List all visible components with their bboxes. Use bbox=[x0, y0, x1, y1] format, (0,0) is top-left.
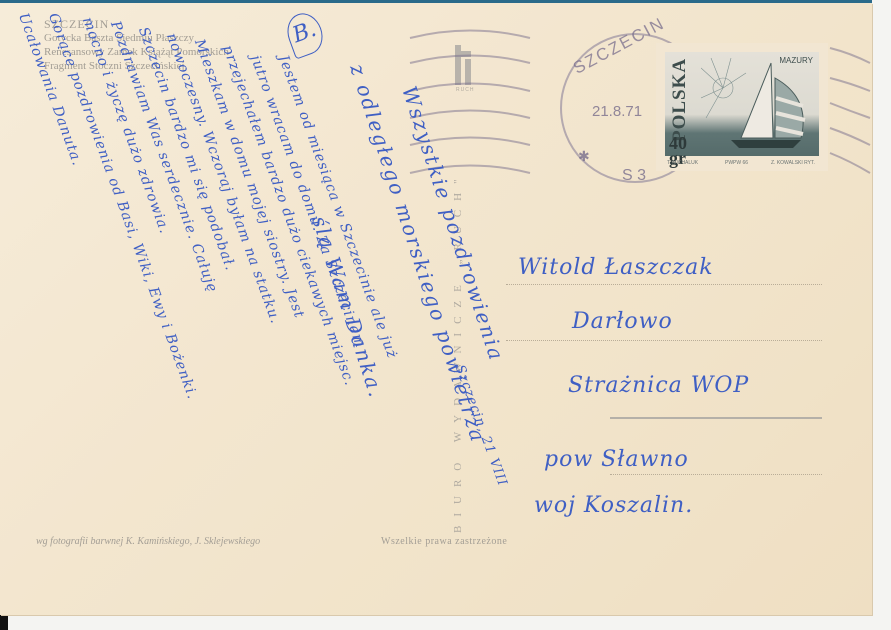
stamp-credit: T. MICHALUK bbox=[667, 160, 698, 166]
address-line bbox=[610, 417, 822, 419]
photo-credit: wg fotografii barwnej K. Kamińskiego, J.… bbox=[36, 536, 260, 547]
address-district: pow Sławno bbox=[544, 447, 689, 472]
address-line bbox=[506, 284, 822, 285]
rights-notice: Wszelkie prawa zastrzeżone bbox=[381, 536, 507, 547]
address-name: Witold Łaszczak bbox=[518, 255, 714, 280]
address-line bbox=[506, 340, 822, 341]
stamp-credit: PWPW 66 bbox=[725, 160, 748, 166]
postmark-office: S 3 bbox=[622, 167, 646, 185]
address-province: woj Koszalin. bbox=[534, 493, 693, 518]
initial-monogram: B. bbox=[282, 8, 328, 59]
postmark-date: 21.8.71 bbox=[592, 103, 642, 120]
address-town: Darłowo bbox=[572, 309, 673, 334]
postcard-back: SZCZECIN Gotycka Baszta Siedmiu Płaszczy… bbox=[0, 3, 872, 615]
address-unit: Strażnica WOP bbox=[568, 373, 749, 398]
stamp-image: POLSKA 40 gr MAZURY bbox=[665, 52, 819, 156]
stamp-credit: Z. KOWALSKI RYT. bbox=[771, 160, 815, 166]
postmark-star-icon: ✱ bbox=[578, 149, 590, 166]
stamp-title: MAZURY bbox=[779, 56, 813, 65]
postage-stamp: POLSKA 40 gr MAZURY T. MICHALUK PWPW 66 … bbox=[656, 43, 828, 171]
address-line bbox=[610, 474, 822, 475]
sailboat-icon bbox=[701, 58, 821, 158]
stamp-country: POLSKA bbox=[669, 62, 695, 142]
